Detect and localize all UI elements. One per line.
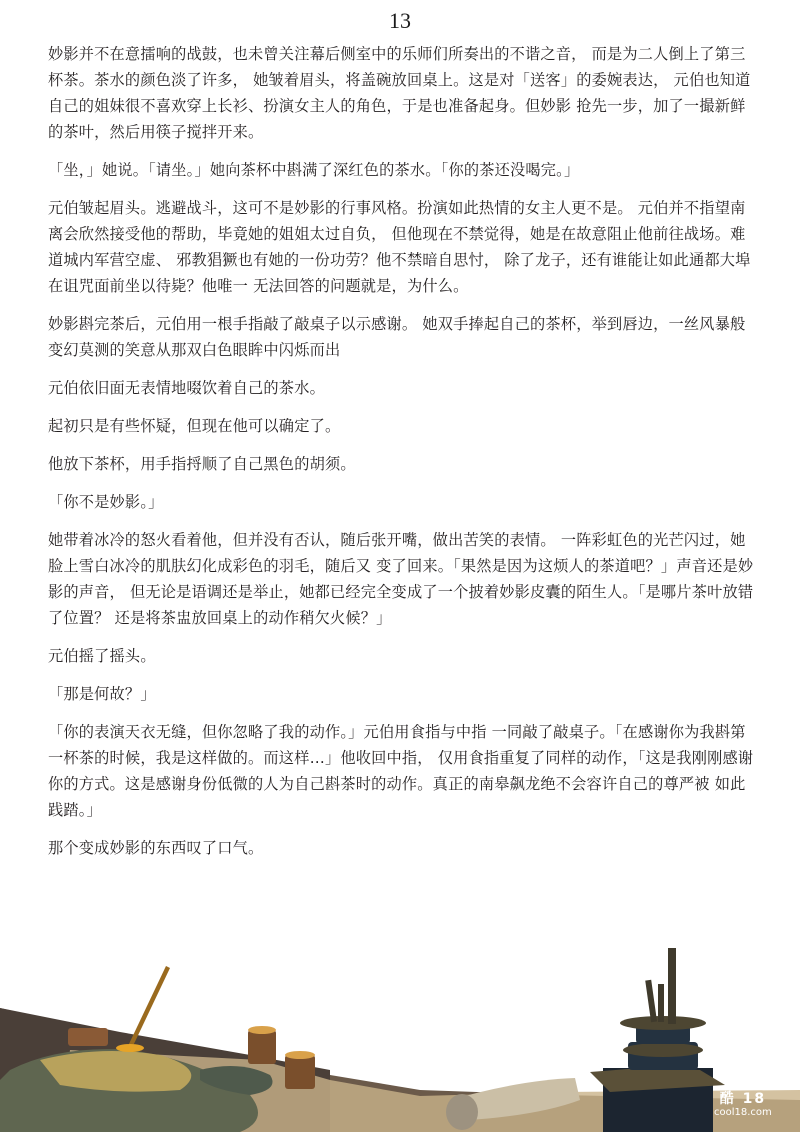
paragraph: 她带着冰冷的怒火看着他，但并没有否认，随后张开嘴，做出苦笑的表情。 一阵彩虹色的… (48, 527, 760, 631)
watermark-brand: 酷 18 (714, 1092, 772, 1106)
paragraph: 元伯摇了摇头。 (48, 643, 760, 669)
paragraph: 妙影并不在意擂响的战鼓，也未曾关注幕后侧室中的乐师们所奏出的不谐之音， 而是为二… (48, 41, 760, 145)
paragraph: 元伯依旧面无表情地啜饮着自己的茶水。 (48, 375, 760, 401)
paragraph: 「你不是妙影。」 (48, 489, 760, 515)
watermark: 酷 18 cool18.com (714, 1092, 772, 1120)
story-text: 妙影并不在意擂响的战鼓，也未曾关注幕后侧室中的乐师们所奏出的不谐之音， 而是为二… (48, 41, 760, 873)
watermark-url: cool18.com (714, 1106, 772, 1120)
paragraph: 起初只是有些怀疑，但现在他可以确定了。 (48, 413, 760, 439)
writing-desk-illustration (0, 920, 800, 1132)
paragraph: 「坐，」她说。「请坐。」她向茶杯中斟满了深红色的茶水。「你的茶还没喝完。」 (48, 157, 760, 183)
paragraph: 「你的表演天衣无缝，但你忽略了我的动作。」元伯用食指与中指 一同敲了敲桌子。「在… (48, 719, 760, 823)
paragraph: 元伯皱起眉头。逃避战斗，这可不是妙影的行事风格。扮演如此热情的女主人更不是。 元… (48, 195, 760, 299)
paragraph: 妙影斟完茶后，元伯用一根手指敲了敲桌子以示感谢。 她双手捧起自己的茶杯，举到唇边… (48, 311, 760, 363)
paragraph: 「那是何故？」 (48, 681, 760, 707)
paragraph: 他放下茶杯，用手指捋顺了自己黑色的胡须。 (48, 451, 760, 477)
paragraph: 那个变成妙影的东西叹了口气。 (48, 835, 760, 861)
page-number: 13 (0, 8, 800, 34)
